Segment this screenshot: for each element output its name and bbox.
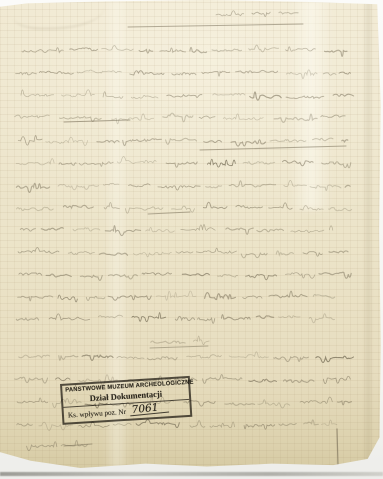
stamp-entry-label: Ks. wpływu poz. Nr	[68, 408, 126, 420]
stamp-entry-number-handwritten: 7061	[129, 403, 169, 417]
scan-background: PAŃSTWOWE MUZEUM ARCHEOLOGICZNE Dział Do…	[0, 0, 383, 479]
scanner-shadow	[0, 472, 383, 476]
scanned-page: PAŃSTWOWE MUZEUM ARCHEOLOGICZNE Dział Do…	[0, 0, 383, 479]
archive-accession-stamp: PAŃSTWOWE MUZEUM ARCHEOLOGICZNE Dział Do…	[60, 376, 192, 425]
